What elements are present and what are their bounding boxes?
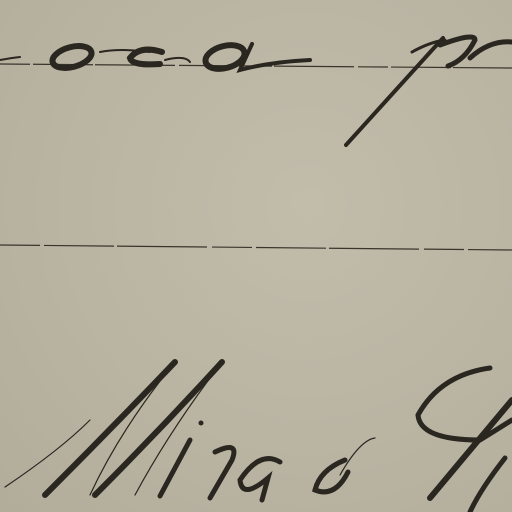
- word-oea: [0, 41, 310, 73]
- rule-line-2: [0, 245, 512, 250]
- manuscript-page: …oea pr… Minas G…: [0, 0, 512, 512]
- handwriting-canvas: [0, 0, 512, 512]
- word-g: [418, 368, 512, 512]
- word-pr: [346, 37, 512, 145]
- word-minas: [5, 362, 375, 500]
